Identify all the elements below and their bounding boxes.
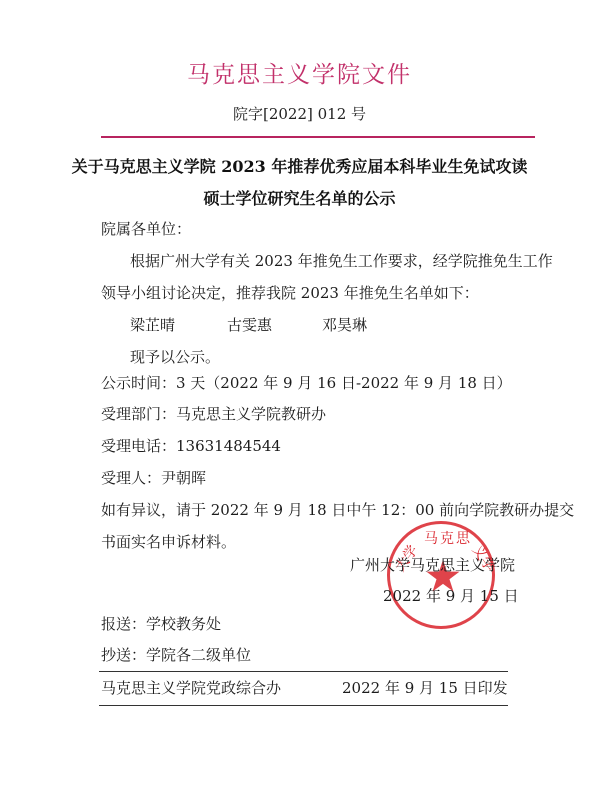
handling-department: 受理部门：马克思主义学院教研办: [101, 403, 326, 424]
footer-top-rule: [99, 671, 508, 672]
announce-text: 现予以公示。: [130, 346, 220, 367]
paragraph-line-1: 根据广州大学有关 2023 年推免生工作要求，经学院推免生工作: [130, 250, 553, 271]
red-divider: [101, 136, 535, 138]
copy-to: 抄送：学院各二级单位: [101, 644, 251, 665]
nominee-name-3: 邓昊琳: [322, 314, 367, 335]
signature-org: 广州大学马克思主义学院: [350, 554, 515, 575]
report-to: 报送：学校教务处: [101, 613, 221, 634]
handling-phone: 受理电话：13631484544: [101, 435, 281, 456]
document-title: 马克思主义学院文件: [0, 56, 599, 89]
issuing-office: 马克思主义学院党政综合办: [101, 677, 281, 698]
print-date: 2022 年 9 月 15 日印发: [342, 677, 508, 698]
objection-line-2: 书面实名申诉材料。: [101, 531, 236, 552]
document-number: 院字[2022] 012 号: [0, 103, 599, 124]
seal-text-top: 马克思: [424, 528, 472, 548]
handling-person: 受理人：尹朝晖: [101, 467, 206, 488]
announcement-period: 公示时间：3 天（2022 年 9 月 16 日-2022 年 9 月 18 日…: [101, 372, 512, 393]
salutation: 院属各单位：: [101, 218, 191, 239]
footer-bottom-rule: [99, 705, 508, 706]
paragraph-line-2: 领导小组讨论决定，推荐我院 2023 年推免生名单如下：: [101, 282, 479, 303]
objection-line-1: 如有异议，请于 2022 年 9 月 18 日中午 12：00 前向学院教研办提…: [101, 499, 574, 520]
signature-date: 2022 年 9 月 15 日: [383, 585, 519, 606]
heading-line-2: 硕士学位研究生名单的公示: [0, 186, 599, 209]
heading-line-1: 关于马克思主义学院 2023 年推荐优秀应届本科毕业生免试攻读: [0, 154, 599, 177]
nominee-name-1: 梁芷晴: [130, 314, 175, 335]
nominee-name-2: 古雯惠: [227, 314, 272, 335]
